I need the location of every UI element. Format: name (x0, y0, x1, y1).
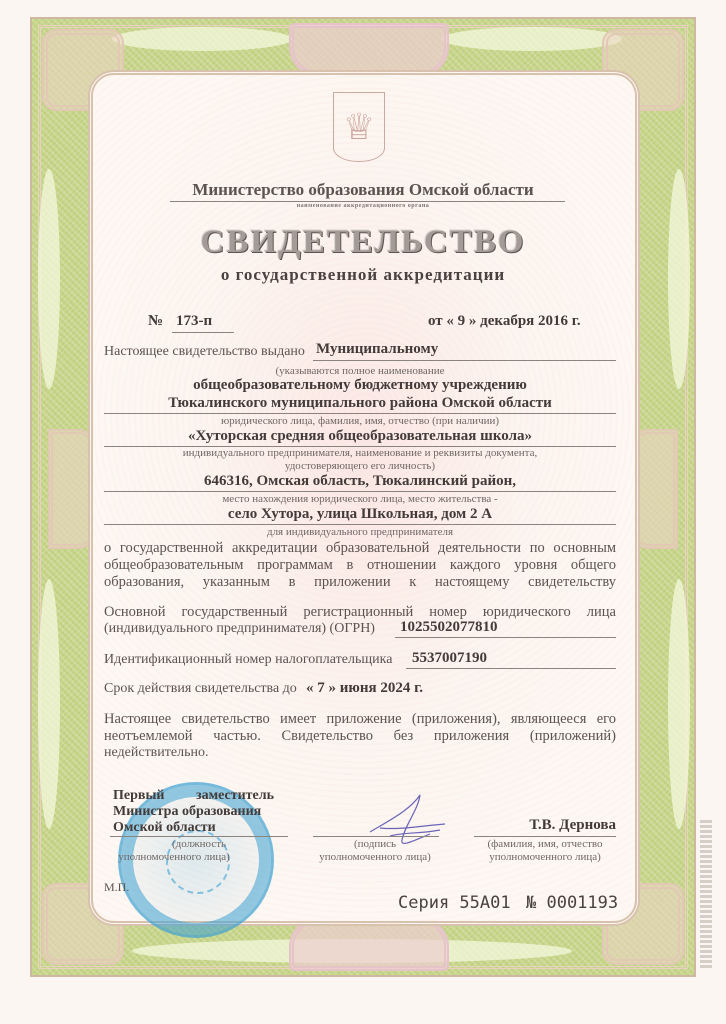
series-number: Серия 55А01 (398, 893, 511, 913)
certificate-number: 173-п (176, 313, 212, 330)
seal-place-label: М.П. (104, 880, 129, 895)
caption-full-name: (указываются полное наименование (104, 365, 616, 377)
caption-legal-entity: юридического лица, фамилия, имя, отчеств… (104, 415, 616, 427)
purpose-line-2: общеобразовательным программам в отношен… (104, 557, 616, 574)
ogrn-value: 1025502077810 (400, 619, 498, 636)
issue-date: от « 9 » декабря 2016 г. (428, 313, 581, 330)
ministry-name: Министерство образования Омской области (120, 180, 606, 200)
signature-caption-line-1: (подпись (300, 838, 450, 850)
inn-value: 5537007190 (412, 650, 487, 667)
document-subtitle: о государственной аккредитации (120, 265, 606, 285)
position-underline (110, 836, 288, 837)
border-wave (668, 169, 690, 389)
position-line-3: Омской области (113, 820, 216, 836)
appendix-line-3: недействительно. (104, 745, 208, 761)
coat-of-arms-icon: ♕ (333, 92, 385, 162)
issued-to-label: Настоящее свидетельство выдано (104, 344, 305, 360)
border-wave (38, 579, 60, 829)
ogrn-label-line-1: Основной государственный регистрационный… (104, 604, 616, 621)
document-title: СВИДЕТЕЛЬСТВО (120, 224, 606, 261)
caption-location: место нахождения юридического лица, мест… (104, 493, 616, 505)
number-underline (172, 332, 234, 333)
recipient-line-1: Муниципальному (316, 341, 438, 358)
recipient-underline-3 (104, 413, 616, 414)
recipient-underline-1 (313, 360, 616, 361)
ministry-underline (170, 201, 565, 202)
caption-for-entrepreneur: для индивидуального предпринимателя (104, 526, 616, 538)
number-label: № (148, 313, 163, 330)
signatory-name: Т.В. Дернова (474, 817, 616, 834)
printer-imprint (700, 820, 712, 970)
position-caption-line-1: (должность (110, 838, 288, 850)
ogrn-underline (395, 637, 616, 638)
position-line-1: Первый заместитель (113, 788, 274, 804)
name-underline (474, 836, 616, 837)
recipient-line-3: Тюкалинского муниципального района Омско… (104, 395, 616, 412)
recipient-line-2: общеобразовательному бюджетному учрежден… (104, 377, 616, 394)
border-wave (442, 27, 622, 51)
inn-underline (406, 668, 616, 669)
top-center-ornament (289, 23, 449, 77)
address-underline-1 (104, 491, 616, 492)
address-underline-2 (104, 524, 616, 525)
address-line-1: 646316, Омская область, Тюкалинский райо… (104, 473, 616, 490)
caption-entrepreneur: индивидуального предпринимателя, наимено… (104, 447, 616, 459)
blank-number: № 0001193 (526, 893, 618, 913)
address-line-2: село Хутора, улица Школьная, дом 2 А (104, 506, 616, 523)
inn-label: Идентификационный номер налогоплательщик… (104, 652, 392, 668)
border-wave (38, 169, 60, 389)
signature-caption-line-2: уполномоченного лица) (300, 851, 450, 863)
position-line-2: Министра образования (113, 804, 261, 820)
validity-label: Срок действия свидетельства до (104, 681, 297, 697)
recipient-line-4: «Хуторская средняя общеобразовательная ш… (104, 428, 616, 445)
border-wave (112, 27, 292, 51)
name-caption-line-2: уполномоченного лица) (474, 851, 616, 863)
validity-date: « 7 » июня 2024 г. (306, 680, 423, 697)
appendix-line-1: Настоящее свидетельство имеет приложение… (104, 711, 616, 728)
appendix-line-2: неотъемлемой частью. Свидетельство без п… (104, 728, 616, 745)
caption-identity: удостоверяющего его личность) (104, 460, 616, 472)
position-caption-line-2: уполномоченного лица) (104, 851, 244, 863)
name-caption-line-1: (фамилия, имя, отчество (474, 838, 616, 850)
ministry-caption: наименование аккредитационного органа (120, 203, 606, 209)
border-wave (668, 579, 690, 829)
signature-underline (313, 836, 439, 837)
purpose-line-3: образования, указанным в приложении к на… (104, 574, 616, 591)
ogrn-label-line-2: (индивидуального предпринимателя) (ОГРН) (104, 621, 375, 637)
purpose-line-1: о государственной аккредитации образоват… (104, 540, 616, 557)
